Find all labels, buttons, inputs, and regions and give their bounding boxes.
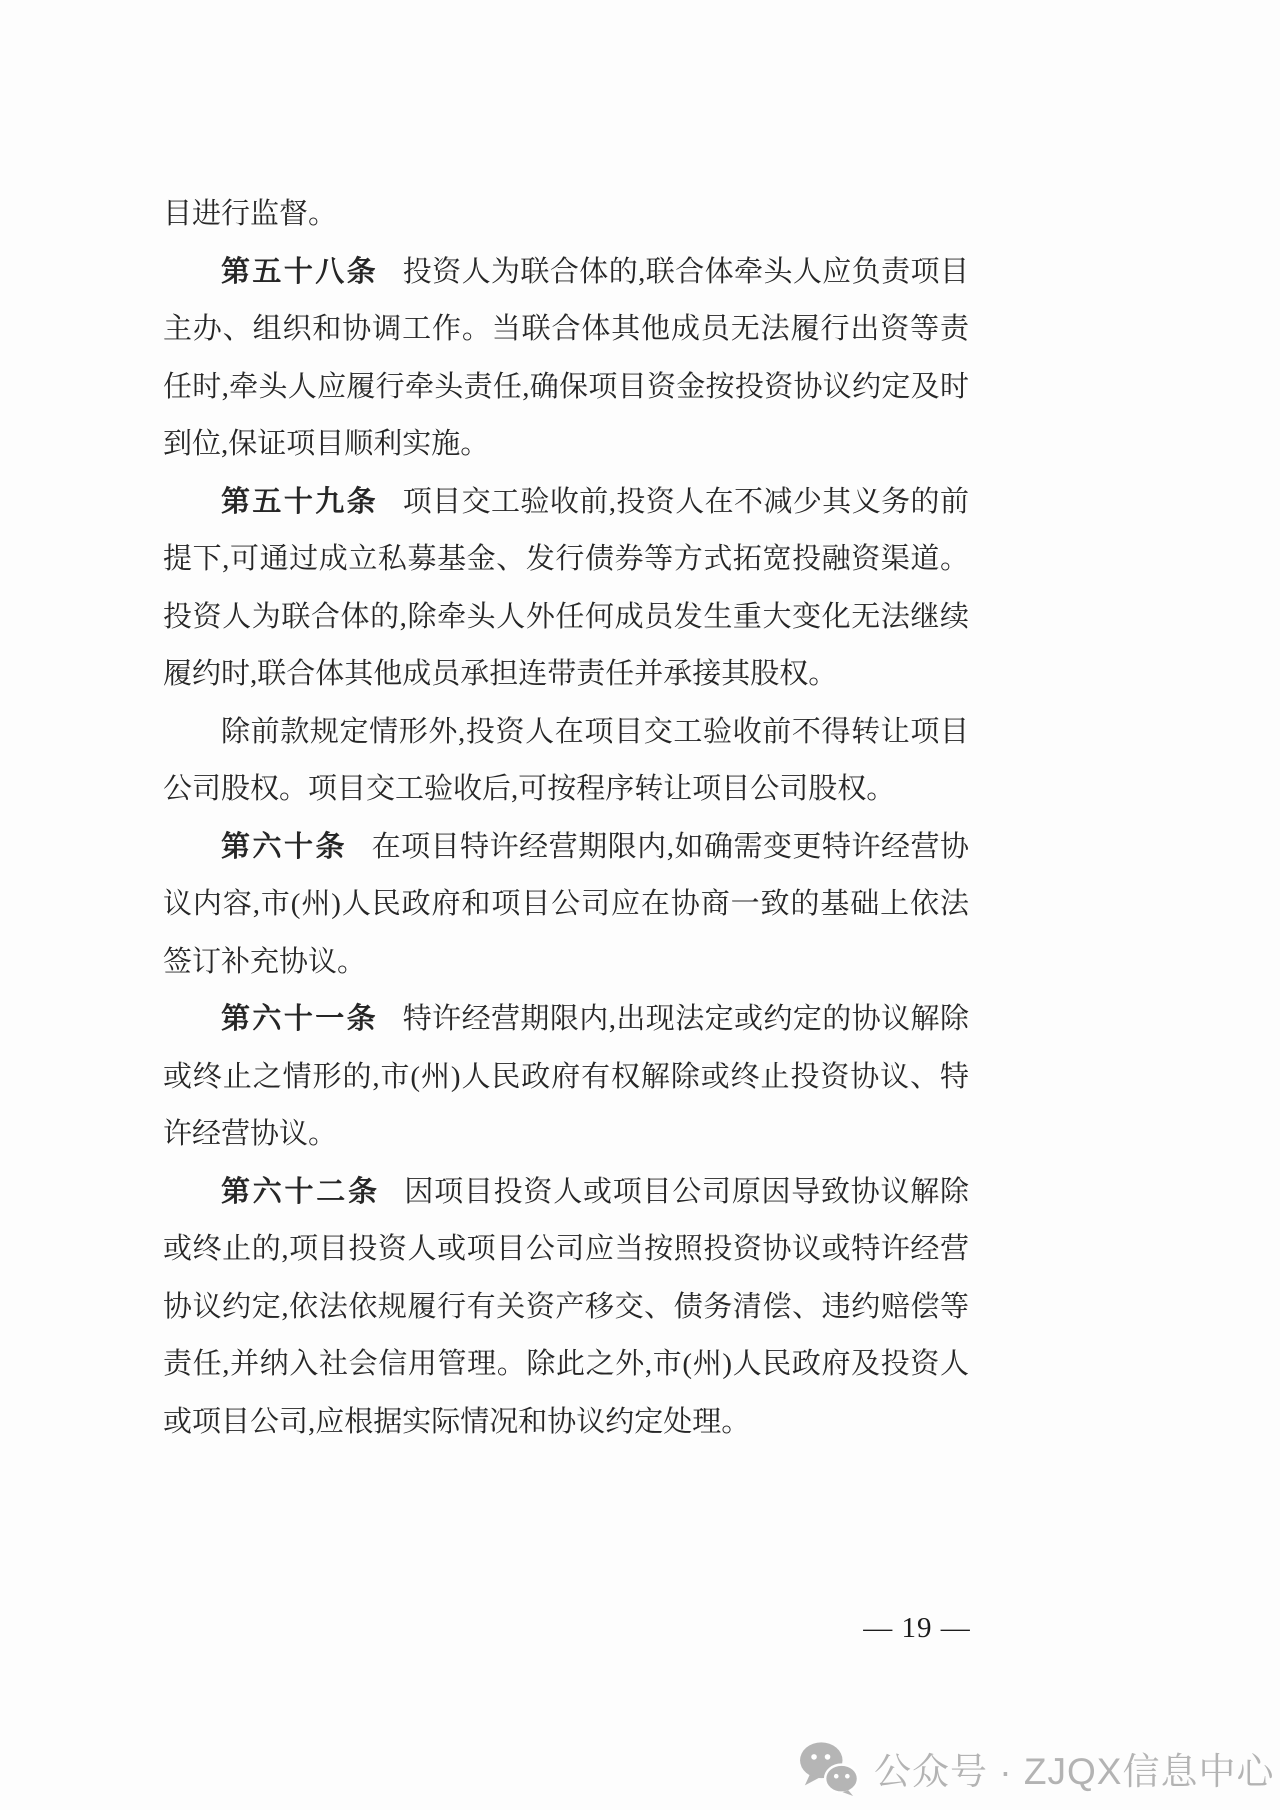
page-number: — 19 — <box>852 1612 982 1645</box>
article-paragraph-60: 第六十条在项目特许经营期限内,如确需变更特许经营协议内容,市(州)人民政府和项目… <box>163 819 969 992</box>
watermark-text: 公众号 · ZJQX信息中心 <box>874 1741 1274 1795</box>
article-paragraph-59: 第五十九条项目交工验收前,投资人在不减少其义务的前提下,可通过成立私募基金、发行… <box>163 474 969 704</box>
paragraph-text: 因项目投资人或项目公司原因导致协议解除或终止的,项目投资人或项目公司应当按照投资… <box>163 1176 969 1438</box>
article-number: 第五十九条 <box>221 486 378 518</box>
article-number: 第五十八条 <box>221 256 378 288</box>
paragraph-text: 除前款规定情形外,投资人在项目交工验收前不得转让项目公司股权。项目交工验收后,可… <box>163 716 969 806</box>
paragraph-clause: 除前款规定情形外,投资人在项目交工验收前不得转让项目公司股权。项目交工验收后,可… <box>163 704 969 819</box>
article-paragraph-58: 第五十八条投资人为联合体的,联合体牵头人应负责项目主办、组织和协调工作。当联合体… <box>163 244 969 474</box>
article-number: 第六十二条 <box>221 1176 380 1208</box>
article-paragraph-62: 第六十二条因项目投资人或项目公司原因导致协议解除或终止的,项目投资人或项目公司应… <box>163 1164 969 1452</box>
paragraph-continuation: 目进行监督。 <box>163 186 969 244</box>
article-number: 第六十一条 <box>221 1003 378 1035</box>
paragraph-text: 目进行监督。 <box>163 198 337 230</box>
wechat-icon <box>798 1740 860 1796</box>
document-page: 目进行监督。 第五十八条投资人为联合体的,联合体牵头人应负责项目主办、组织和协调… <box>0 0 1280 1810</box>
document-body: 目进行监督。 第五十八条投资人为联合体的,联合体牵头人应负责项目主办、组织和协调… <box>163 186 969 1451</box>
article-number: 第六十条 <box>221 831 347 863</box>
article-paragraph-61: 第六十一条特许经营期限内,出现法定或约定的协议解除或终止之情形的,市(州)人民政… <box>163 991 969 1164</box>
watermark-footer: 公众号 · ZJQX信息中心 <box>798 1740 1274 1796</box>
